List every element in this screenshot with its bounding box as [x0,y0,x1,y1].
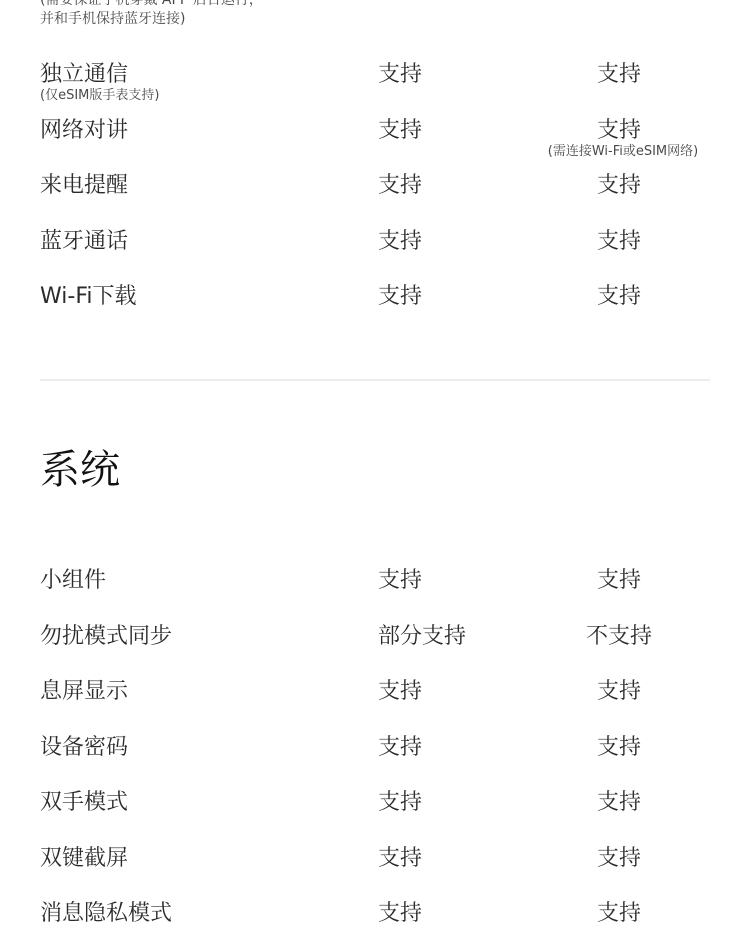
table-row-walkie-talkie: 网络对讲 支持 支持 (需连接Wi-Fi或eSIM网络) [0,116,750,146]
col2-value: 部分支持 [378,622,466,652]
col2-value: 支持 [378,171,422,201]
feature-note: (仅eSIM版手表支持) [40,88,159,104]
table-row-standalone-comm: 独立通信 (仅eSIM版手表支持) 支持 支持 [0,60,750,90]
section-divider [40,379,710,381]
col3-value: 支持 [519,899,719,929]
feature-label: 勿扰模式同步 [40,622,172,652]
table-row-dnd-sync: 勿扰模式同步 部分支持 不支持 [0,622,750,652]
feature-label: 小组件 [40,566,106,596]
col3-value: 支持 [519,844,719,874]
top-note-line2: 并和手机保持蓝牙连接) [40,9,185,29]
col3-value: 支持 [519,116,719,146]
table-row-device-password: 设备密码 支持 支持 [0,733,750,763]
table-row-message-privacy: 消息隐私模式 支持 支持 [0,899,750,929]
table-row-aod: 息屏显示 支持 支持 [0,677,750,707]
col3-value: 不支持 [519,622,719,652]
feature-label: 独立通信 [40,60,128,90]
col3-value: 支持 [519,788,719,818]
col3-value: 支持 [519,566,719,596]
feature-label: 双键截屏 [40,844,128,874]
col2-value: 支持 [378,282,422,312]
table-row-bluetooth-call: 蓝牙通话 支持 支持 [0,227,750,257]
feature-label: 设备密码 [40,733,128,763]
col3-value: 支持 [519,733,719,763]
table-row-two-hand-mode: 双手模式 支持 支持 [0,788,750,818]
col3-value: 支持 [519,171,719,201]
col2-value: 支持 [378,677,422,707]
feature-label: 双手模式 [40,788,128,818]
col2-value: 支持 [378,733,422,763]
col2-value: 支持 [378,116,422,146]
section-title-system: 系统 [40,446,120,494]
feature-label: 网络对讲 [40,116,128,146]
table-row-dual-key-screenshot: 双键截屏 支持 支持 [0,844,750,874]
table-row-wifi-download: Wi-Fi下载 支持 支持 [0,282,750,312]
col3-note: (需连接Wi-Fi或eSIM网络) [519,144,727,160]
table-row-widgets: 小组件 支持 支持 [0,566,750,596]
feature-label: 蓝牙通话 [40,227,128,257]
col3-value: 支持 [519,227,719,257]
col2-value: 支持 [378,566,422,596]
col3-value: 支持 [519,677,719,707]
feature-label: Wi-Fi下载 [40,282,137,312]
col2-value: 支持 [378,60,422,90]
feature-label: 息屏显示 [40,677,128,707]
table-row-call-reminder: 来电提醒 支持 支持 [0,171,750,201]
col2-value: 支持 [378,227,422,257]
col2-value: 支持 [378,788,422,818]
col3-value: 支持 [519,60,719,90]
col3-value: 支持 [519,282,719,312]
col2-value: 支持 [378,844,422,874]
feature-label: 来电提醒 [40,171,128,201]
feature-label: 消息隐私模式 [40,899,172,929]
col2-value: 支持 [378,899,422,929]
